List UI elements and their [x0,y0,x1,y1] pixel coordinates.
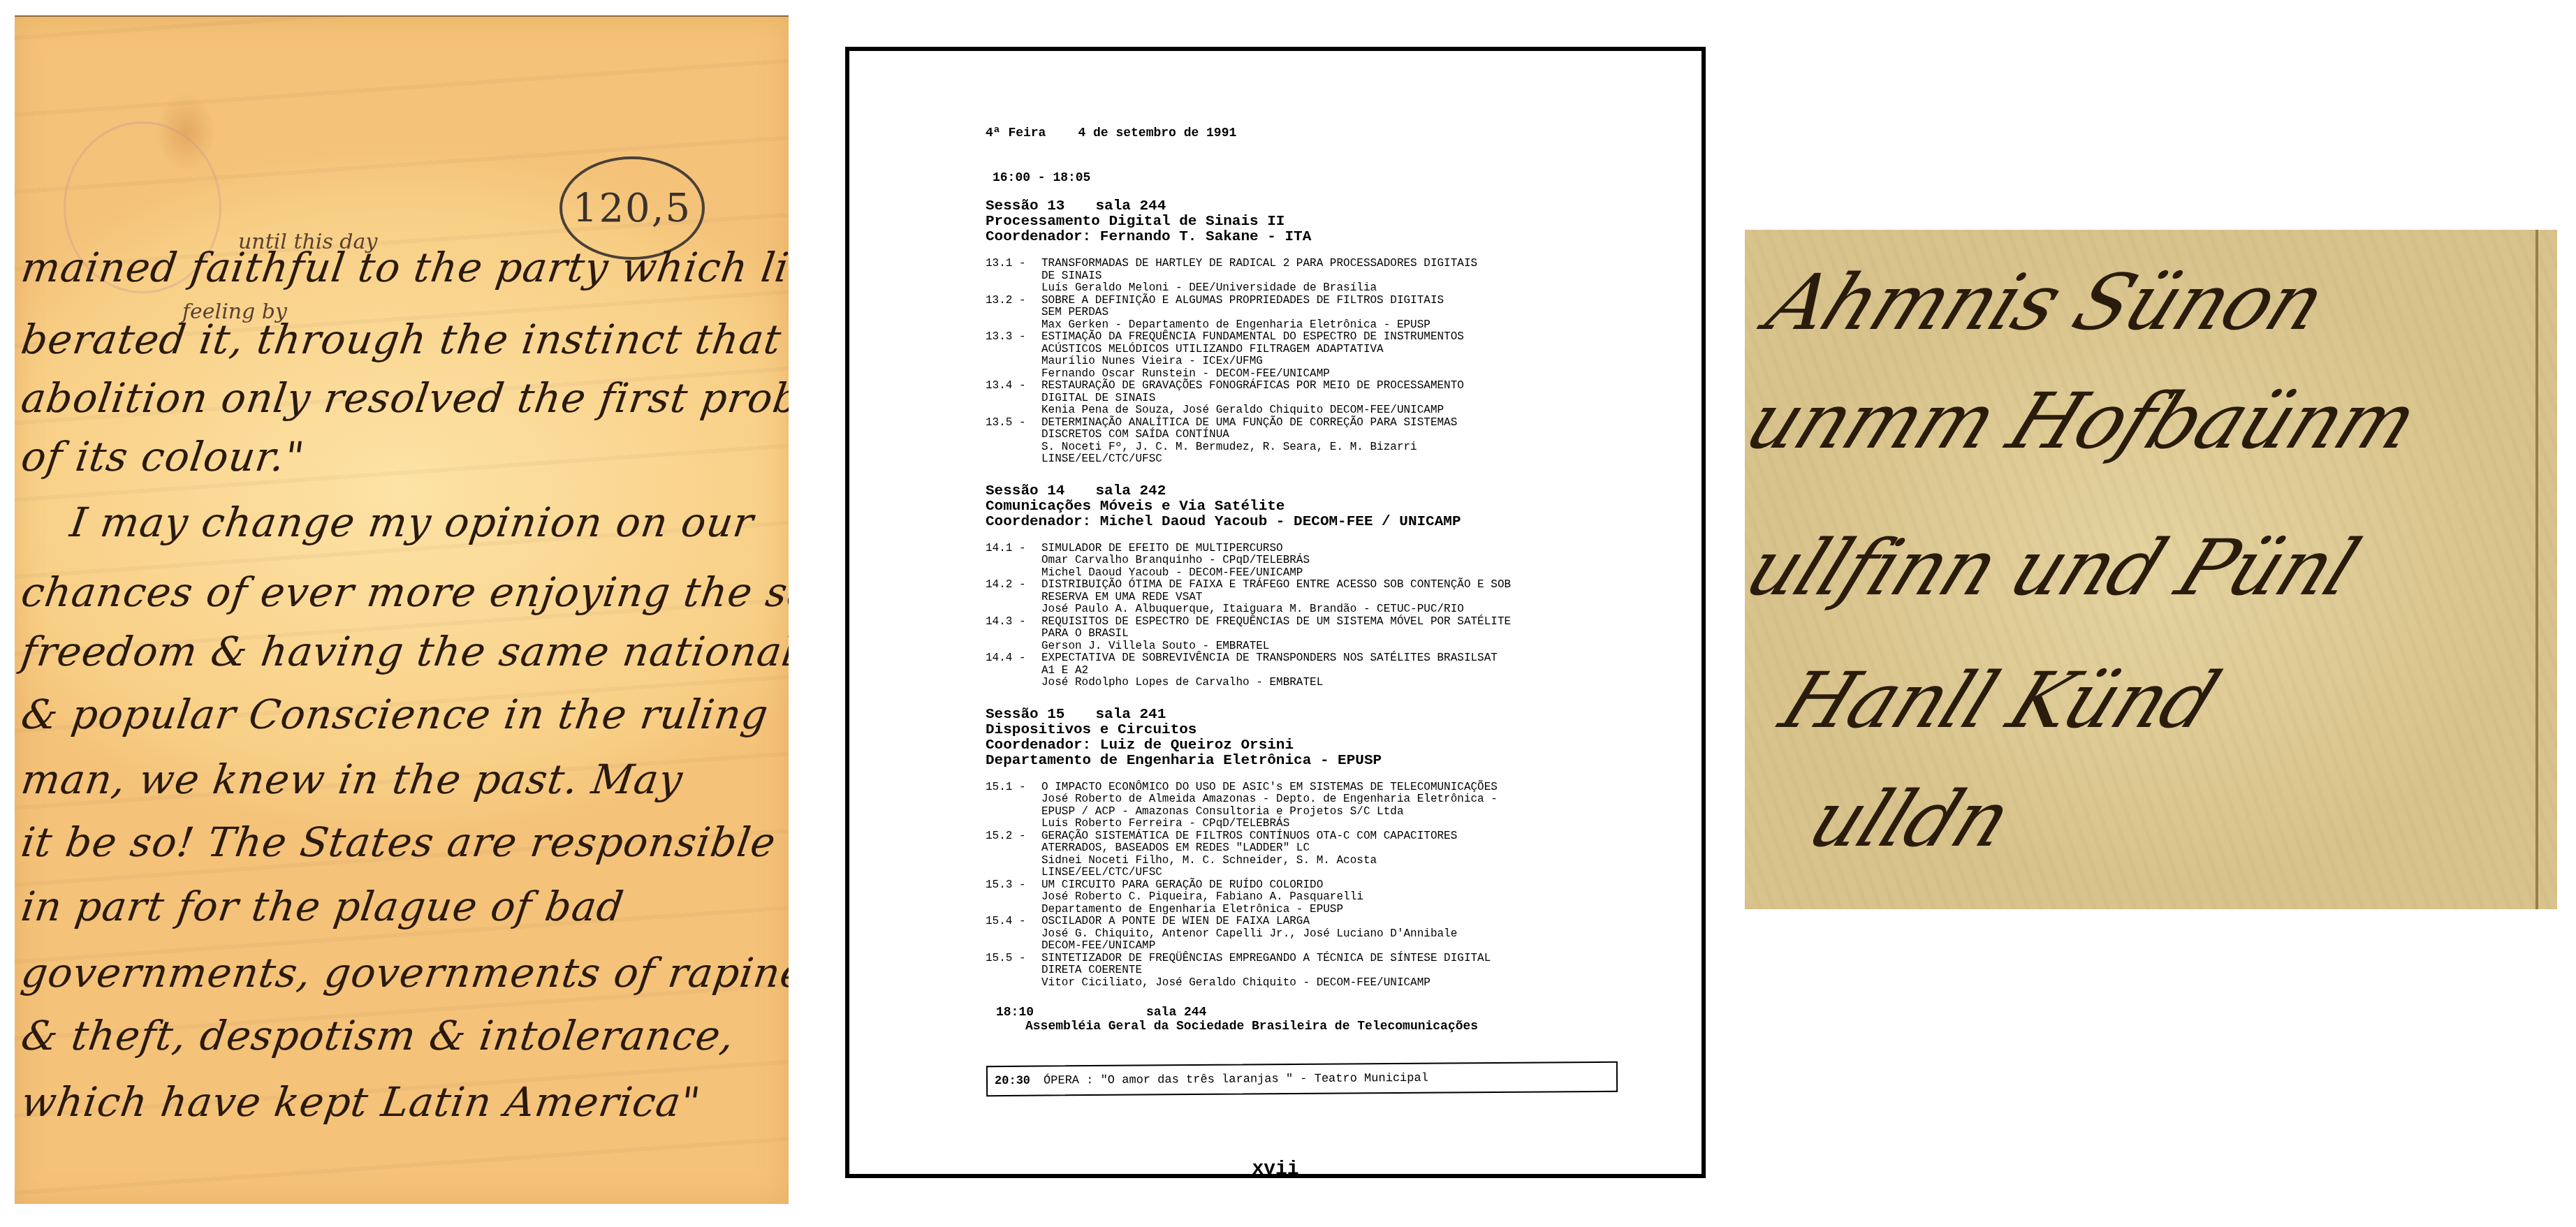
opera-time: 20:30 [995,1074,1037,1087]
paper-authors: DECOM-FEE/UNICAMP [1041,940,1656,953]
script-line: Ahmnis Sünon [1755,258,2337,347]
paper-authors: EPUSP / ACP - Amazonas Consultoria e Pro… [1041,806,1656,818]
paper-authors: ACÚSTICOS MELÓDICOS UTILIZANDO FILTRAGEM… [1041,344,1656,356]
paper-number: 14.2 - [986,579,1041,616]
session-number: Sessão 15 [986,707,1064,723]
page-number: xvii [849,1159,1702,1180]
paper-number: 13.5 - [986,417,1041,466]
paper-title: O IMPACTO ECONÔMICO DO USO DE ASIC's EM … [1041,781,1656,794]
paper-title: UM CIRCUITO PARA GERAÇÃO DE RUÍDO COLORI… [1041,879,1656,892]
paper-number: 15.5 - [986,953,1041,990]
paper-title: OSCILADOR A PONTE DE WIEN DE FAIXA LARGA [1041,916,1656,928]
paper-title: ESTIMAÇÃO DA FREQUÊNCIA FUNDAMENTAL DO E… [1041,331,1656,344]
paper-authors: Vitor Ciciliato, José Geraldo Chiquito -… [1041,977,1656,990]
paper-authors: ATERRADOS, BASEADOS EM REDES "LADDER" LC [1041,842,1656,855]
assembly-time: 18:10 [996,1006,1146,1020]
paper-number: 14.4 - [986,652,1041,689]
paper-authors: DISCRETOS COM SAÍDA CONTÍNUA [1041,429,1656,441]
letter-line: & theft, despotism & intolerance, [18,1012,785,1059]
paper-authors: José Paulo A. Albuquerque, Itaiguara M. … [1041,603,1656,616]
paper-item: 14.1 -SIMULADOR DE EFEITO DE MULTIPERCUR… [986,543,1656,580]
letter-line: berated it, through the instinct that [18,316,785,363]
margin-rule [2535,230,2538,909]
paper-authors: A1 E A2 [1041,665,1656,677]
opera-box: 20:30 ÓPERA : "O amor das três laranjas … [986,1061,1618,1096]
paper-authors: Fernando Oscar Runstein - DECOM-FEE/UNIC… [1041,368,1656,381]
paper-title: DISTRIBUIÇÃO ÓTIMA DE FAIXA E TRÁFEGO EN… [1041,579,1656,592]
paper-title: RESTAURAÇÃO DE GRAVAÇÕES FONOGRÁFICAS PO… [1041,380,1656,392]
script-line: ullfinn und Pünl [1745,523,2371,612]
paper-authors: DIRETA COERENTE [1041,964,1656,977]
paper-authors: Kenia Pena de Souza, José Geraldo Chiqui… [1041,404,1656,417]
paper-item: 14.4 -EXPECTATIVA DE SOBREVIVÊNCIA DE TR… [986,652,1656,689]
session-header: Sessão 13sala 244Processamento Digital d… [986,199,1656,245]
session-number: Sessão 13 [986,198,1064,214]
paper-number: 13.2 - [986,295,1041,332]
paper-authors: Michel Daoud Yacoub - DECOM-FEE/UNICAMP [1041,567,1656,580]
paper-authors: Luís Geraldo Meloni - DEE/Universidade d… [1041,282,1656,295]
paper-authors: José Roberto C. Piqueira, Fabiano A. Pas… [1041,891,1656,904]
paper-item: 15.5 -SINTETIZADOR DE FREQÜÊNCIAS EMPREG… [986,953,1656,990]
general-assembly: 18:10 sala 244 Assembléia Geral da Socie… [996,1006,1625,1034]
paper-number: 15.4 - [986,916,1041,953]
letter-line: abolition only resolved the first proble… [18,374,785,422]
paper-title: SIMULADOR DE EFEITO DE MULTIPERCURSO [1041,543,1656,555]
paper-authors: DIGITAL DE SINAIS [1041,392,1656,405]
paper-title: REQUISITOS DE ESPECTRO DE FREQUÊNCIAS DE… [1041,616,1656,629]
paper-item: 15.3 -UM CIRCUITO PARA GERAÇÃO DE RUÍDO … [986,879,1656,916]
script-line: ulldn [1796,774,2023,864]
paper-item: 13.1 -TRANSFORMADAS DE HARTLEY DE RADICA… [986,258,1656,295]
paper-item: 13.2 -SOBRE A DEFINIÇÃO E ALGUMAS PROPRI… [986,295,1656,332]
session-coordinator: Coordenador: Michel Daoud Yacoub - DECOM… [986,515,1656,530]
paper-item: 13.4 -RESTAURAÇÃO DE GRAVAÇÕES FONOGRÁFI… [986,380,1656,417]
paper-number: 13.4 - [986,380,1041,417]
letter-line: I may change my opinion on our [67,499,785,546]
paper-title: TRANSFORMADAS DE HARTLEY DE RADICAL 2 PA… [1041,258,1656,270]
paper-item: 14.3 -REQUISITOS DE ESPECTRO DE FREQUÊNC… [986,616,1656,653]
opera-text: ÓPERA : "O amor das três laranjas " - Te… [1044,1071,1428,1087]
paper-number: 15.1 - [986,781,1041,830]
paper-authors: José Roberto de Almeida Amazonas - Depto… [1041,793,1656,806]
paper-number: 14.1 - [986,543,1041,580]
paper-authors: Departamento de Engenharia Eletrônica - … [1041,904,1656,916]
letter-line: chances of ever more enjoying the same [18,568,785,616]
paper-item: 13.5 -DETERMINAÇÃO ANALÍTICA DE UMA FUNÇ… [986,417,1656,466]
letter-line: & popular Conscience in the ruling [18,691,785,738]
session-number: Sessão 14 [986,483,1064,499]
paper-number: 14.3 - [986,616,1041,653]
paper-authors: Maurílio Nunes Vieira - ICEx/UFMG [1041,355,1656,368]
paper-number: 13.1 - [986,258,1041,295]
weekday: 4ª Feira [986,126,1046,140]
letter-line: governments, governments of rapine [18,949,785,997]
letter-line: in part for the plague of bad [18,883,785,930]
session-department: Departamento de Engenharia Eletrônica - … [986,754,1656,769]
letter-line: which have kept Latin America" [18,1078,785,1126]
session-room: sala 241 [1095,707,1166,723]
assembly-title: Assembléia Geral da Sociedade Brasileira… [1025,1020,1625,1034]
letter-line: of its colour." [18,433,785,480]
paper-number: 15.2 - [986,830,1041,879]
page-date-header: 4ª Feira4 de setembro de 1991 [986,126,1236,140]
programme-page: 4ª Feira4 de setembro de 1991 16:00 - 18… [845,47,1706,1178]
paper-authors: S. Noceti Fº, J. C. M. Bermudez, R. Sear… [1041,441,1656,454]
paper-authors: PARA O BRASIL [1041,628,1656,640]
time-range: 16:00 - 18:05 [993,171,1090,185]
paper-authors: RESERVA EM UMA REDE VSAT [1041,592,1656,604]
paper-item: 15.1 -O IMPACTO ECONÔMICO DO USO DE ASIC… [986,781,1656,830]
paper-authors: José G. Chiquito, Antenor Capelli Jr., J… [1041,928,1656,941]
paper-title: SINTETIZADOR DE FREQÜÊNCIAS EMPREGANDO A… [1041,953,1656,965]
paper-authors: LINSE/EEL/CTC/UFSC [1041,453,1656,466]
letter-line: man, we knew in the past. May [18,756,785,803]
date: 4 de setembro de 1991 [1078,126,1236,140]
paper-authors: Omar Carvalho Branquinho - CPqD/TELEBRÁS [1041,554,1656,567]
script-line: Hanll Künd [1769,656,2230,745]
paper-item: 14.2 -DISTRIBUIÇÃO ÓTIMA DE FAIXA E TRÁF… [986,579,1656,616]
paper-title: DETERMINAÇÃO ANALÍTICA DE UMA FUNÇÃO DE … [1041,417,1656,429]
handwritten-letter-image: 120,5 until this day feeling by mained f… [15,15,789,1204]
paper-authors: LINSE/EEL/CTC/UFSC [1041,867,1656,879]
letter-line: it be so! The States are responsible [18,818,785,866]
session-room: sala 244 [1095,198,1166,214]
paper-authors: Max Gerken - Departamento de Engenharia … [1041,319,1656,332]
session-block: Sessão 14sala 242Comunicações Móveis e V… [986,484,1656,689]
paper-number: 13.3 - [986,331,1041,380]
paper-authors: DE SINAIS [1041,270,1656,283]
letter-line: mained faithful to the party which li- [18,244,785,291]
session-title: Dispositivos e Circuitos [986,723,1656,738]
paper-authors: Luis Roberto Ferreira - CPqD/TELEBRÁS [1041,818,1656,830]
paper-item: 13.3 -ESTIMAÇÃO DA FREQUÊNCIA FUNDAMENTA… [986,331,1656,380]
paper-title: EXPECTATIVA DE SOBREVIVÊNCIA DE TRANSPON… [1041,652,1656,665]
paper-title: GERAÇÃO SISTEMÁTICA DE FILTROS CONTÍNUOS… [1041,830,1656,843]
paper-item: 15.2 -GERAÇÃO SISTEMÁTICA DE FILTROS CON… [986,830,1656,879]
script-line: unmm Hofbaünm [1745,376,2429,466]
session-coordinator: Coordenador: Luiz de Queiroz Orsini [986,738,1656,754]
paper-authors: SEM PERDAS [1041,307,1656,319]
session-block: Sessão 15sala 241Dispositivos e Circuito… [986,707,1656,990]
paper-authors: Sidnei Noceti Filho, M. C. Schneider, S.… [1041,855,1656,867]
paper-authors: Gerson J. Villela Souto - EMBRATEL [1041,640,1656,653]
session-header: Sessão 15sala 241Dispositivos e Circuito… [986,707,1656,769]
paper-item: 15.4 -OSCILADOR A PONTE DE WIEN DE FAIXA… [986,916,1656,953]
session-block: Sessão 13sala 244Processamento Digital d… [986,199,1656,466]
kurrent-script-image: Ahmnis Sünon unmm Hofbaünm ullfinn und P… [1745,230,2557,909]
assembly-room: sala 244 [1146,1006,1206,1020]
session-title: Processamento Digital de Sinais II [986,214,1656,230]
session-room: sala 242 [1095,483,1166,499]
letter-line: freedom & having the same national [18,628,785,675]
paper-title: SOBRE A DEFINIÇÃO E ALGUMAS PROPRIEDADES… [1041,295,1656,307]
session-coordinator: Coordenador: Fernando T. Sakane - ITA [986,230,1656,245]
session-list: Sessão 13sala 244Processamento Digital d… [986,199,1656,1007]
paper-number: 15.3 - [986,879,1041,916]
session-title: Comunicações Móveis e Via Satélite [986,499,1656,515]
paper-authors: José Rodolpho Lopes de Carvalho - EMBRAT… [1041,677,1656,689]
session-header: Sessão 14sala 242Comunicações Móveis e V… [986,484,1656,530]
